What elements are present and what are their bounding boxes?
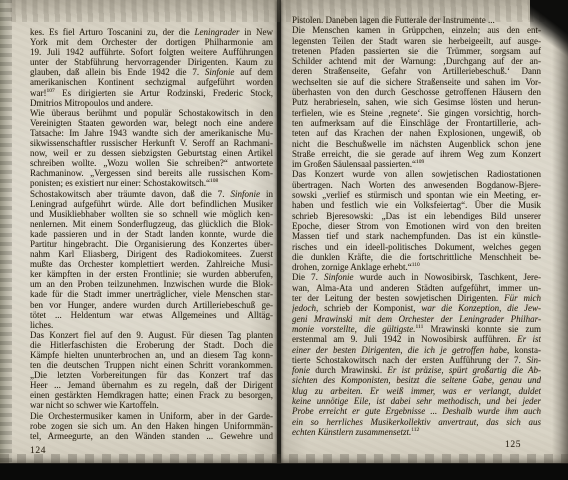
text-line: monie vorstellte, die gültigste.111 Mraw…: [292, 324, 541, 334]
text-line: Leningrad aufgeführt würde. Alle dort be…: [30, 199, 273, 209]
text-line: ben vor Hunger, andere wurden durch Arti…: [30, 300, 273, 310]
text-line: keine unnötige Eile, ist dabei sehr meth…: [292, 396, 541, 406]
scan-left-edge: [0, 0, 12, 480]
text-line: Putz herabrieseln, sahen, wie sich Gesim…: [292, 97, 541, 107]
text-line: kade passieren und in der Stadt landen k…: [30, 229, 273, 239]
text-line: nenlernen. Mit einem Sonderflugzeug, das…: [30, 219, 273, 229]
text-line: robe zogen sie sich um. An den Haken hin…: [30, 421, 273, 431]
text-line: ein so herrliches Musikerkollektiv anver…: [292, 417, 541, 427]
text-line: war!107 Es dirigierten sie Artur Rodzins…: [30, 88, 273, 98]
text-line: teten auf das Krachen der nahen Explosio…: [292, 128, 541, 138]
text-line: im Großen Säulensaal passierten.“109: [292, 159, 541, 169]
text-line: 19. Juli 1942 aufführte. Sofort folgten …: [30, 47, 273, 57]
text-line: York mit dem Orchester der dortigen Phil…: [30, 37, 273, 47]
text-line: sikwissenschaftler russischer Herkunft V…: [30, 138, 273, 148]
text-line: now, weil er zu dessen siebzigsten Gebur…: [30, 148, 273, 158]
scan-top-right-corner: [530, 0, 568, 64]
text-line: ten die deutschen Truppen nicht einen Sc…: [30, 360, 273, 370]
text-line: Rachmaninow. „Vergessen sind bereits all…: [30, 168, 273, 178]
text-line: terfielen, wie es Steine ‚regnete‘. Sie …: [292, 108, 541, 118]
text-line: liches.: [30, 320, 273, 330]
text-line: mußte das Orchester komplettiert werden.…: [30, 259, 273, 269]
text-line: drohen, zornige Anklage erhebt.“110: [292, 262, 541, 272]
text-line: kes. Es fiel Arturo Toscanini zu, der di…: [30, 27, 273, 37]
text-line: erstenmal am 9. Juli 1942 in Nowosibirsk…: [292, 334, 541, 344]
right-text-column: Pistolen. Daneben lagen die Futterale de…: [292, 15, 541, 437]
text-line: nicht die Beschußwelle im nächsten Augen…: [292, 139, 541, 149]
text-line: Die Orchestermusiker kamen in Uniform, a…: [30, 411, 273, 421]
text-line: Massen tief und stark nachempfunden. Das…: [292, 231, 541, 241]
text-line: geni Mrawinski mit dem Orchester der Len…: [292, 314, 541, 324]
text-line: wan, Alma-Ata und anderen Städten aufgef…: [292, 283, 541, 293]
text-line: glauben, daß allein bis Ende 1942 die 7.…: [30, 67, 273, 77]
text-line: jedoch, schrieb der Komponist, war die K…: [292, 303, 541, 313]
text-line: ten aufmerksam auf die Einschläge der Fr…: [292, 118, 541, 128]
text-line: kade für die Stadt immer unerträglicher,…: [30, 289, 273, 299]
text-line: um an den Proben teilzunehmen. Inzwische…: [30, 279, 273, 289]
text-line: Schostakowitsch aber träumte davon, daß …: [30, 189, 273, 199]
text-line: und Musikliebhaber wollten sie so schnel…: [30, 209, 273, 219]
text-line: haben und festlich wie ein Volksfeiertag…: [292, 200, 541, 210]
text-line: deren Straßenseite, Gefahr von Artilleri…: [292, 66, 541, 76]
text-line: sichten des Komponisten, besitzt die sel…: [292, 375, 541, 385]
text-line: einen gestärkten Hemdkragen hatte; einen…: [30, 390, 273, 400]
text-line: unter der Stabführung hervorragender Dir…: [30, 57, 273, 67]
text-line: ter der Leitung der besten sowjetischen …: [292, 293, 541, 303]
text-line: die Hitlerfaschisten die Eroberung der S…: [30, 340, 273, 350]
text-line: schrieb Bjeresowski: „Das ist ein lebend…: [292, 211, 541, 221]
text-line: Kämpfe hielten ununterbrochen an, und an…: [30, 350, 273, 360]
text-line: die dunklen Kräfte, die die fortschrittl…: [292, 252, 541, 262]
book-scan: kes. Es fiel Arturo Toscanini zu, der di…: [0, 0, 568, 480]
text-line: fonie durch Mrawinski. Er ist präzise, s…: [292, 365, 541, 375]
text-line: risches und ein ideell-politisches Dokum…: [292, 242, 541, 252]
text-line: Vereinigten Staaten geworden war, belegt…: [30, 118, 273, 128]
text-line: sowski „verlief es stürmisch und spontan…: [292, 190, 541, 200]
text-line: Epoche, dieser Strom von Emotionen wird …: [292, 221, 541, 231]
left-text-column: kes. Es fiel Arturo Toscanini zu, der di…: [30, 27, 273, 441]
text-line: Dmitrios Mitropoulos und andere.: [30, 98, 273, 108]
text-line: tretenen Pfaden passierten sie die Trümm…: [292, 46, 541, 56]
page-number-right: 125: [505, 440, 521, 450]
scan-top-edge: [0, 0, 568, 22]
text-line: Schilder achtend mit der Warnung: ‚Durch…: [292, 56, 541, 66]
text-line: nahm Karl Eliasberg, Dirigent des Radiok…: [30, 249, 273, 259]
text-line: tötet ... Heldentum war etwas Allgemeine…: [30, 310, 273, 320]
text-line: ponisten; es existiert nur einer: Schost…: [30, 178, 273, 188]
text-line: war nicht so schwer wie Kartoffeln.: [30, 400, 273, 410]
text-line: amerikanischen Kontinent sechzigmal aufg…: [30, 77, 273, 87]
text-line: Die 7. Sinfonie wurde auch in Nowosibirs…: [292, 272, 541, 282]
text-line: ker kämpften in der ersten Frontlinie; s…: [30, 269, 273, 279]
text-line: klug zu arbeiten. Er weiß immer, was er …: [292, 386, 541, 396]
text-line: tierte Schostakowitsch nach der ersten A…: [292, 355, 541, 365]
scan-bottom-bar: [0, 463, 568, 480]
text-line: echten Künstlern zusammensetzt.112: [292, 427, 541, 437]
text-line: Das Konzert wurde von allen sowjetischen…: [292, 169, 541, 179]
text-line: schreiben wollte. „Wozu wollen Sie schre…: [30, 158, 273, 168]
text-line: Wie überaus berühmt und populär Schostak…: [30, 108, 273, 118]
text-line: überhasten von den durch Geschosse getro…: [292, 87, 541, 97]
text-line: Die Menschen kamen in Grüppchen, einzeln…: [292, 25, 541, 35]
text-line: wechselten sie auf die sichere Straßense…: [292, 77, 541, 87]
text-line: Das Konzert fiel auf den 9. August. Für …: [30, 330, 273, 340]
text-line: Tatsache: Im Jahre 1943 wandte sich der …: [30, 128, 273, 138]
text-line: Partitur hingebracht. Die Organisierung …: [30, 239, 273, 249]
text-line: Heer ... Jemand übernahm es zu regeln, d…: [30, 380, 273, 390]
text-line: legensten Teilen der Stadt waren sie her…: [292, 36, 541, 46]
text-line: „Die letzten Vorbereitungen für das Konz…: [30, 370, 273, 380]
text-line: übertragen. Nach Worten des anwesenden B…: [292, 180, 541, 190]
book-spine: [277, 0, 281, 465]
text-line: Straße erreicht, die sie gerade auf ihre…: [292, 149, 541, 159]
text-line: einer der besten Dirigenten, die ich je …: [292, 345, 541, 355]
text-line: tel, Armeegurte, an den Wänden standen .…: [30, 431, 273, 441]
text-line: Probe erreicht er gute Ergebnisse ... De…: [292, 406, 541, 416]
scan-right-edge: [552, 0, 568, 480]
